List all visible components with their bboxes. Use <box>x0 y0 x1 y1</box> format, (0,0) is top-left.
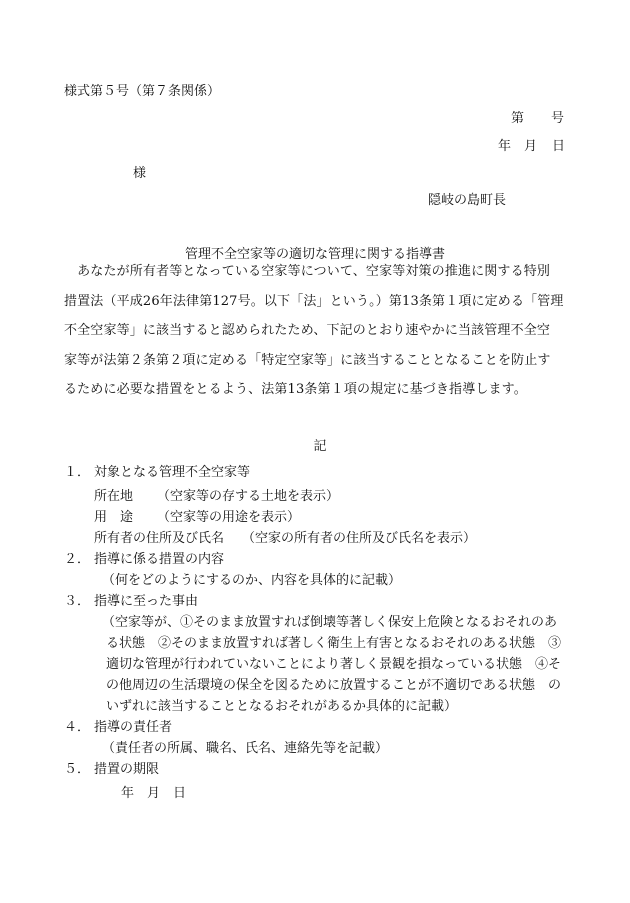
ki-heading: 記 <box>0 439 630 455</box>
body-line: 家等が法第２条第２項に定める「特定空家等」に該当することとなることを防止す <box>64 353 568 383</box>
body-line: 不全空家等」に該当すると認められたため、下記のとおり速やかに当該管理不全空 <box>64 323 568 353</box>
item-2: ２．指導に係る措置の内容 <box>64 552 574 573</box>
doc-number-prefix: 第 <box>511 111 524 127</box>
item-number: １． <box>64 465 94 481</box>
item-1: １．対象となる管理不全空家等 <box>64 465 574 486</box>
body-line: 措置法（平成26年法律第127号。以下「法」という。）第13条第１項に定める「管… <box>64 294 568 324</box>
item-3: ３．指導に至った事由 <box>64 594 574 615</box>
detail-value: （空家等の存する土地を表示） <box>157 489 339 504</box>
item-number: ３． <box>64 594 94 610</box>
item-number: ５． <box>64 762 94 778</box>
item-5: ５．措置の期限 <box>64 762 574 783</box>
detail-label: 用 途 <box>94 510 157 526</box>
deadline-date: 年 月 日 <box>64 786 574 807</box>
item-note-line: 適切な管理が行われていないことにより著しく景観を損なっている状態 ④そ <box>64 657 574 678</box>
item-4: ４．指導の責任者 <box>64 720 574 741</box>
body-paragraph: あなたが所有者等となっている空家等について、空家等対策の推進に関する特別 措置法… <box>64 264 568 412</box>
detail-value: （空家の所有者の住所及び氏名を表示） <box>242 531 476 546</box>
detail-location: 所在地（空家等の存する土地を表示） <box>64 489 574 510</box>
item-heading: 措置の期限 <box>94 762 159 777</box>
item-note: （何をどのようにするのか、内容を具体的に記載） <box>64 573 574 594</box>
date-year: 年 <box>498 139 511 155</box>
detail-use: 用 途（空家等の用途を表示） <box>64 510 574 531</box>
item-heading: 指導に係る措置の内容 <box>94 552 224 567</box>
item-number: ２． <box>64 552 94 568</box>
item-note-line: いずれに該当することとなるおそれがあるか具体的に記載） <box>64 699 574 720</box>
item-note-line: る状態 ②そのまま放置すれば著しく衛生上有害となるおそれのある状態 ③ <box>64 636 574 657</box>
detail-owner: 所有者の住所及び氏名（空家の所有者の住所及び氏名を表示） <box>64 531 574 552</box>
item-heading: 指導に至った事由 <box>94 594 198 609</box>
detail-label: 所有者の住所及び氏名 <box>94 531 242 547</box>
form-number: 様式第５号（第７条関係） <box>64 84 220 100</box>
detail-label: 所在地 <box>94 489 157 505</box>
addressee: 様 <box>133 166 146 182</box>
detail-value: （空家等の用途を表示） <box>157 510 300 525</box>
document-title: 管理不全空家等の適切な管理に関する指導書 <box>0 247 630 263</box>
item-note: （責任者の所属、職名、氏名、連絡先等を記載） <box>64 741 574 762</box>
issuer: 隠岐の島町長 <box>428 193 506 209</box>
items-list: １．対象となる管理不全空家等 所在地（空家等の存する土地を表示） 用 途（空家等… <box>64 465 574 807</box>
body-line: あなたが所有者等となっている空家等について、空家等対策の推進に関する特別 <box>64 264 568 294</box>
date-month: 月 <box>524 139 537 155</box>
item-heading: 対象となる管理不全空家等 <box>94 465 250 480</box>
item-number: ４． <box>64 720 94 736</box>
body-line: るために必要な措置をとるよう、法第13条第１項の規定に基づき指導します。 <box>64 382 568 412</box>
item-note-line: （空家等が、①そのまま放置すれば倒壊等著しく保安上危険となるおそれのあ <box>64 615 574 636</box>
date-day: 日 <box>552 139 565 155</box>
item-heading: 指導の責任者 <box>94 720 172 735</box>
doc-number-suffix: 号 <box>551 111 564 127</box>
item-note-line: の他周辺の生活環境の保全を図るために放置することが不適切である状態 の <box>64 678 574 699</box>
